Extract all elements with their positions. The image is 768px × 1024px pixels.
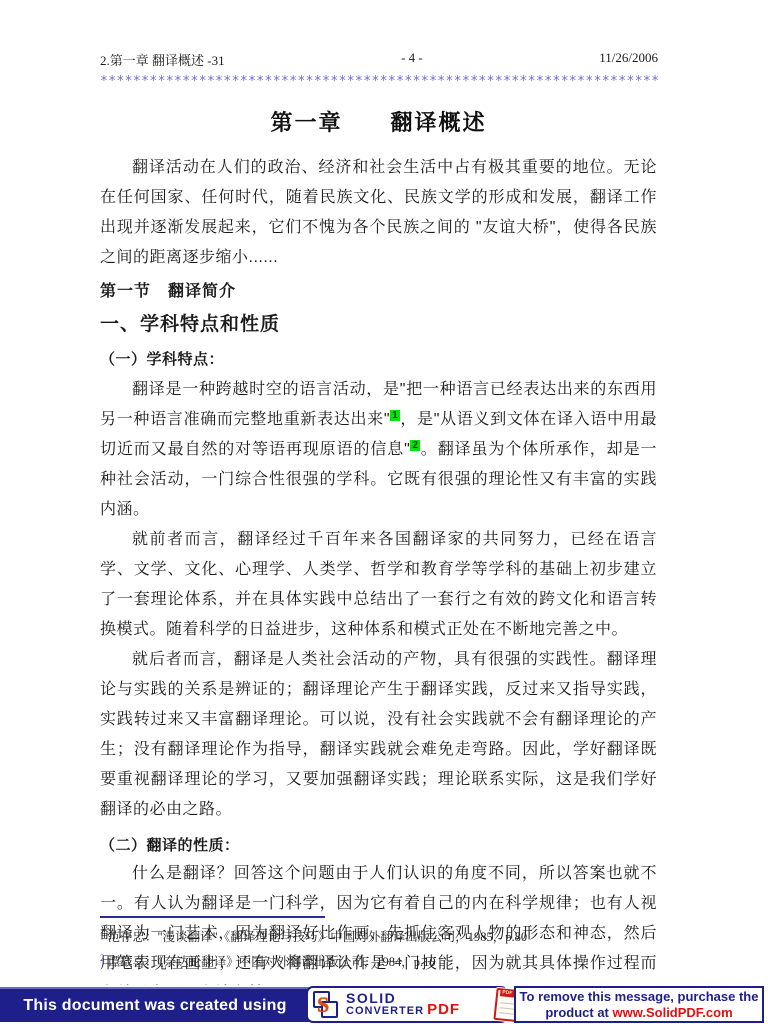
footnote-1-text: 范存忠："漫谈翻译"《翻译理论与技巧》中国对外翻译出版公司，1985，p.80	[108, 930, 528, 944]
footnote-1: 1范存忠："漫谈翻译"《翻译理论与技巧》中国对外翻译出版公司，1985，p.80	[100, 923, 560, 948]
purchase-notice-line1: To remove this message, purchase the	[520, 989, 759, 1005]
asterisk-divider: ****************************************…	[100, 74, 658, 92]
logo-s-letter: S	[317, 992, 329, 1018]
solid-converter-logo[interactable]: S SOLID CONVERTERPDF PDF	[306, 986, 508, 1023]
paragraph-practice: 就后者而言，翻译是人类社会活动的产物，具有很强的实践性。翻译理论与实践的关系是辨…	[100, 645, 657, 825]
paragraph-theory: 就前者而言，翻译经过千百年来各国翻译家的共同努力，已经在语言学、文学、文化、心理…	[100, 525, 657, 645]
paragraph-intro: 翻译活动在人们的政治、经济和社会生活中占有极其重要的地位。无论在任何国家、任何时…	[100, 153, 657, 273]
pdf-icon-text-line	[499, 1012, 514, 1015]
footnote-2-marker: 2	[100, 953, 105, 963]
chapter-title: 第一章 翻译概述	[100, 106, 657, 137]
solidpdf-link[interactable]: www.SolidPDF.com	[613, 1005, 733, 1020]
page-header: 2.第一章 翻译概述 -31 - 4 - 11/26/2006	[100, 50, 658, 69]
document-content: 第一章 翻译概述 翻译活动在人们的政治、经济和社会生活中占有极其重要的地位。无论…	[100, 100, 657, 1009]
footnote-2: 2谭载喜：《奈达论翻译》中国对外翻译出版公司，1984，p.10	[100, 948, 560, 973]
footnotes-section: 1范存忠："漫谈翻译"《翻译理论与技巧》中国对外翻译出版公司，1985，p.80…	[100, 916, 560, 973]
logo-wordmark: SOLID CONVERTERPDF	[346, 992, 460, 1017]
subsection-heading: 一、学科特点和性质	[100, 311, 657, 339]
banner-purchase-notice: To remove this message, purchase the pro…	[514, 986, 764, 1023]
section-heading: 第一节 翻译简介	[100, 279, 657, 305]
pdf-file-icon-label: PDF	[500, 989, 515, 997]
footnote-ref-2[interactable]: 2	[410, 440, 420, 451]
banner-message-text: This document was created using	[23, 997, 286, 1015]
banner-message: This document was created using	[0, 987, 310, 1022]
pdf-icon-text-line	[500, 1002, 515, 1005]
logo-word-converter: CONVERTERPDF	[346, 1004, 460, 1017]
logo-word-pdf: PDF	[427, 1001, 460, 1018]
point-heading-2: （二）翻译的性质：	[100, 833, 657, 859]
solid-converter-banner: This document was created using S SOLID …	[0, 985, 768, 1024]
header-running-title: 2.第一章 翻译概述 -31	[100, 50, 225, 69]
footnote-2-text: 谭载喜：《奈达论翻译》中国对外翻译出版公司，1984，p.10	[108, 955, 436, 969]
footnote-ref-1[interactable]: 1	[390, 410, 400, 421]
paragraph-definition: 翻译是一种跨越时空的语言活动，是"把一种语言已经表达出来的东西用另一种语言准确而…	[100, 375, 657, 525]
header-date: 11/26/2006	[599, 50, 658, 69]
footnote-1-marker: 1	[100, 928, 105, 938]
header-page-number: - 4 -	[401, 50, 423, 69]
footnote-separator	[100, 916, 325, 918]
solid-converter-logo-icon: S	[312, 990, 342, 1020]
pdf-icon-text-line	[500, 1007, 515, 1010]
point-heading-1: （一）学科特点：	[100, 347, 657, 373]
purchase-notice-line2: product at www.SolidPDF.com	[545, 1005, 732, 1021]
